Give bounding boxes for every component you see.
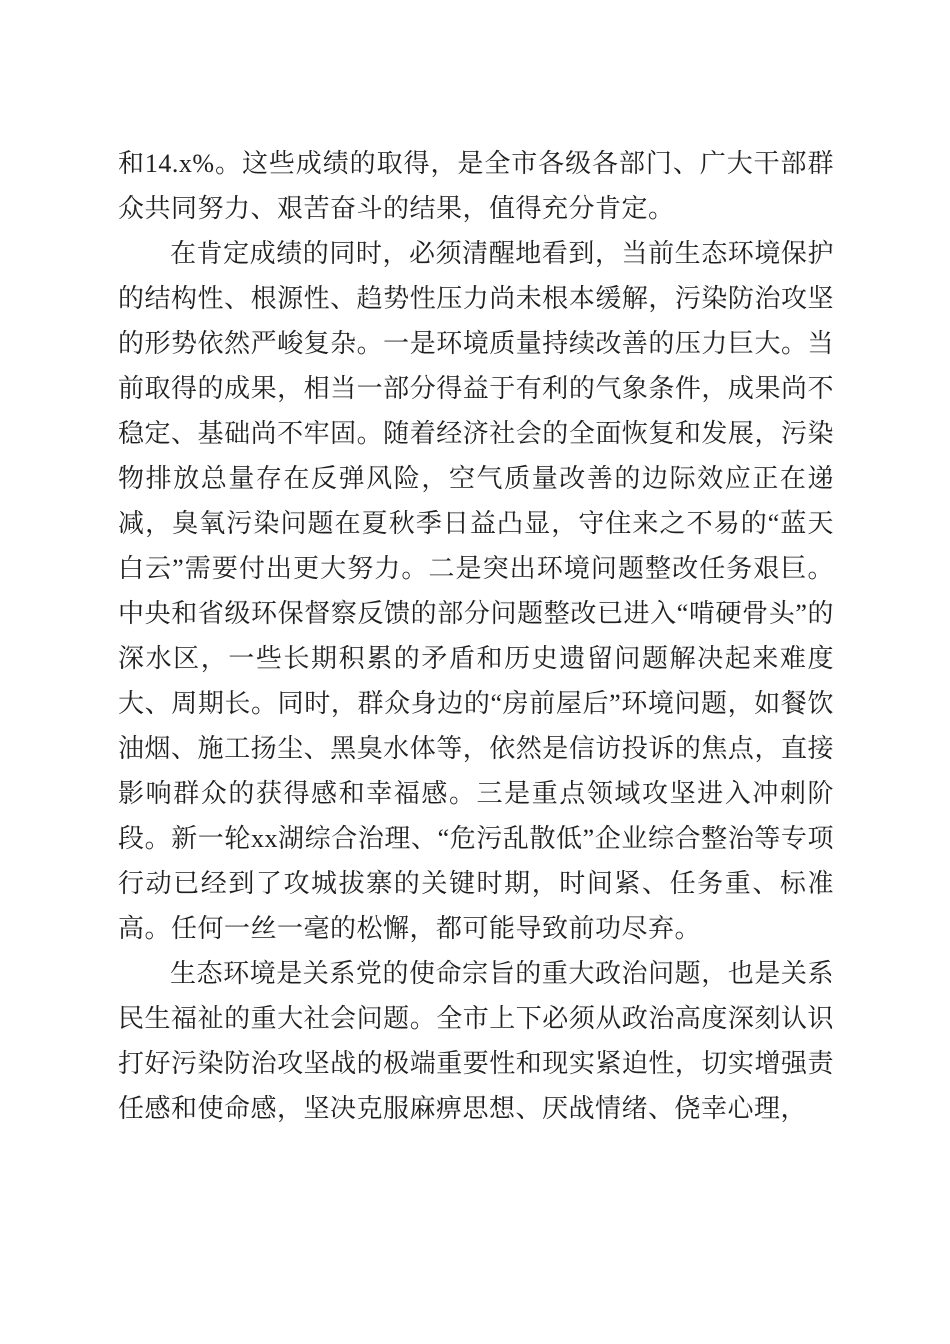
paragraph-situation-analysis: 在肯定成绩的同时，必须清醒地看到，当前生态环境保护的结构性、根源性、趋势性压力尚… [118, 231, 834, 951]
document-body: 和14.x%。这些成绩的取得，是全市各级各部门、广大干部群众共同努力、艰苦奋斗的… [118, 141, 834, 1131]
document-page: 和14.x%。这些成绩的取得，是全市各级各部门、广大干部群众共同努力、艰苦奋斗的… [0, 0, 950, 1344]
paragraph-political-significance: 生态环境是关系党的使命宗旨的重大政治问题，也是关系民生福祉的重大社会问题。全市上… [118, 951, 834, 1131]
paragraph-continuation: 和14.x%。这些成绩的取得，是全市各级各部门、广大干部群众共同努力、艰苦奋斗的… [118, 141, 834, 231]
